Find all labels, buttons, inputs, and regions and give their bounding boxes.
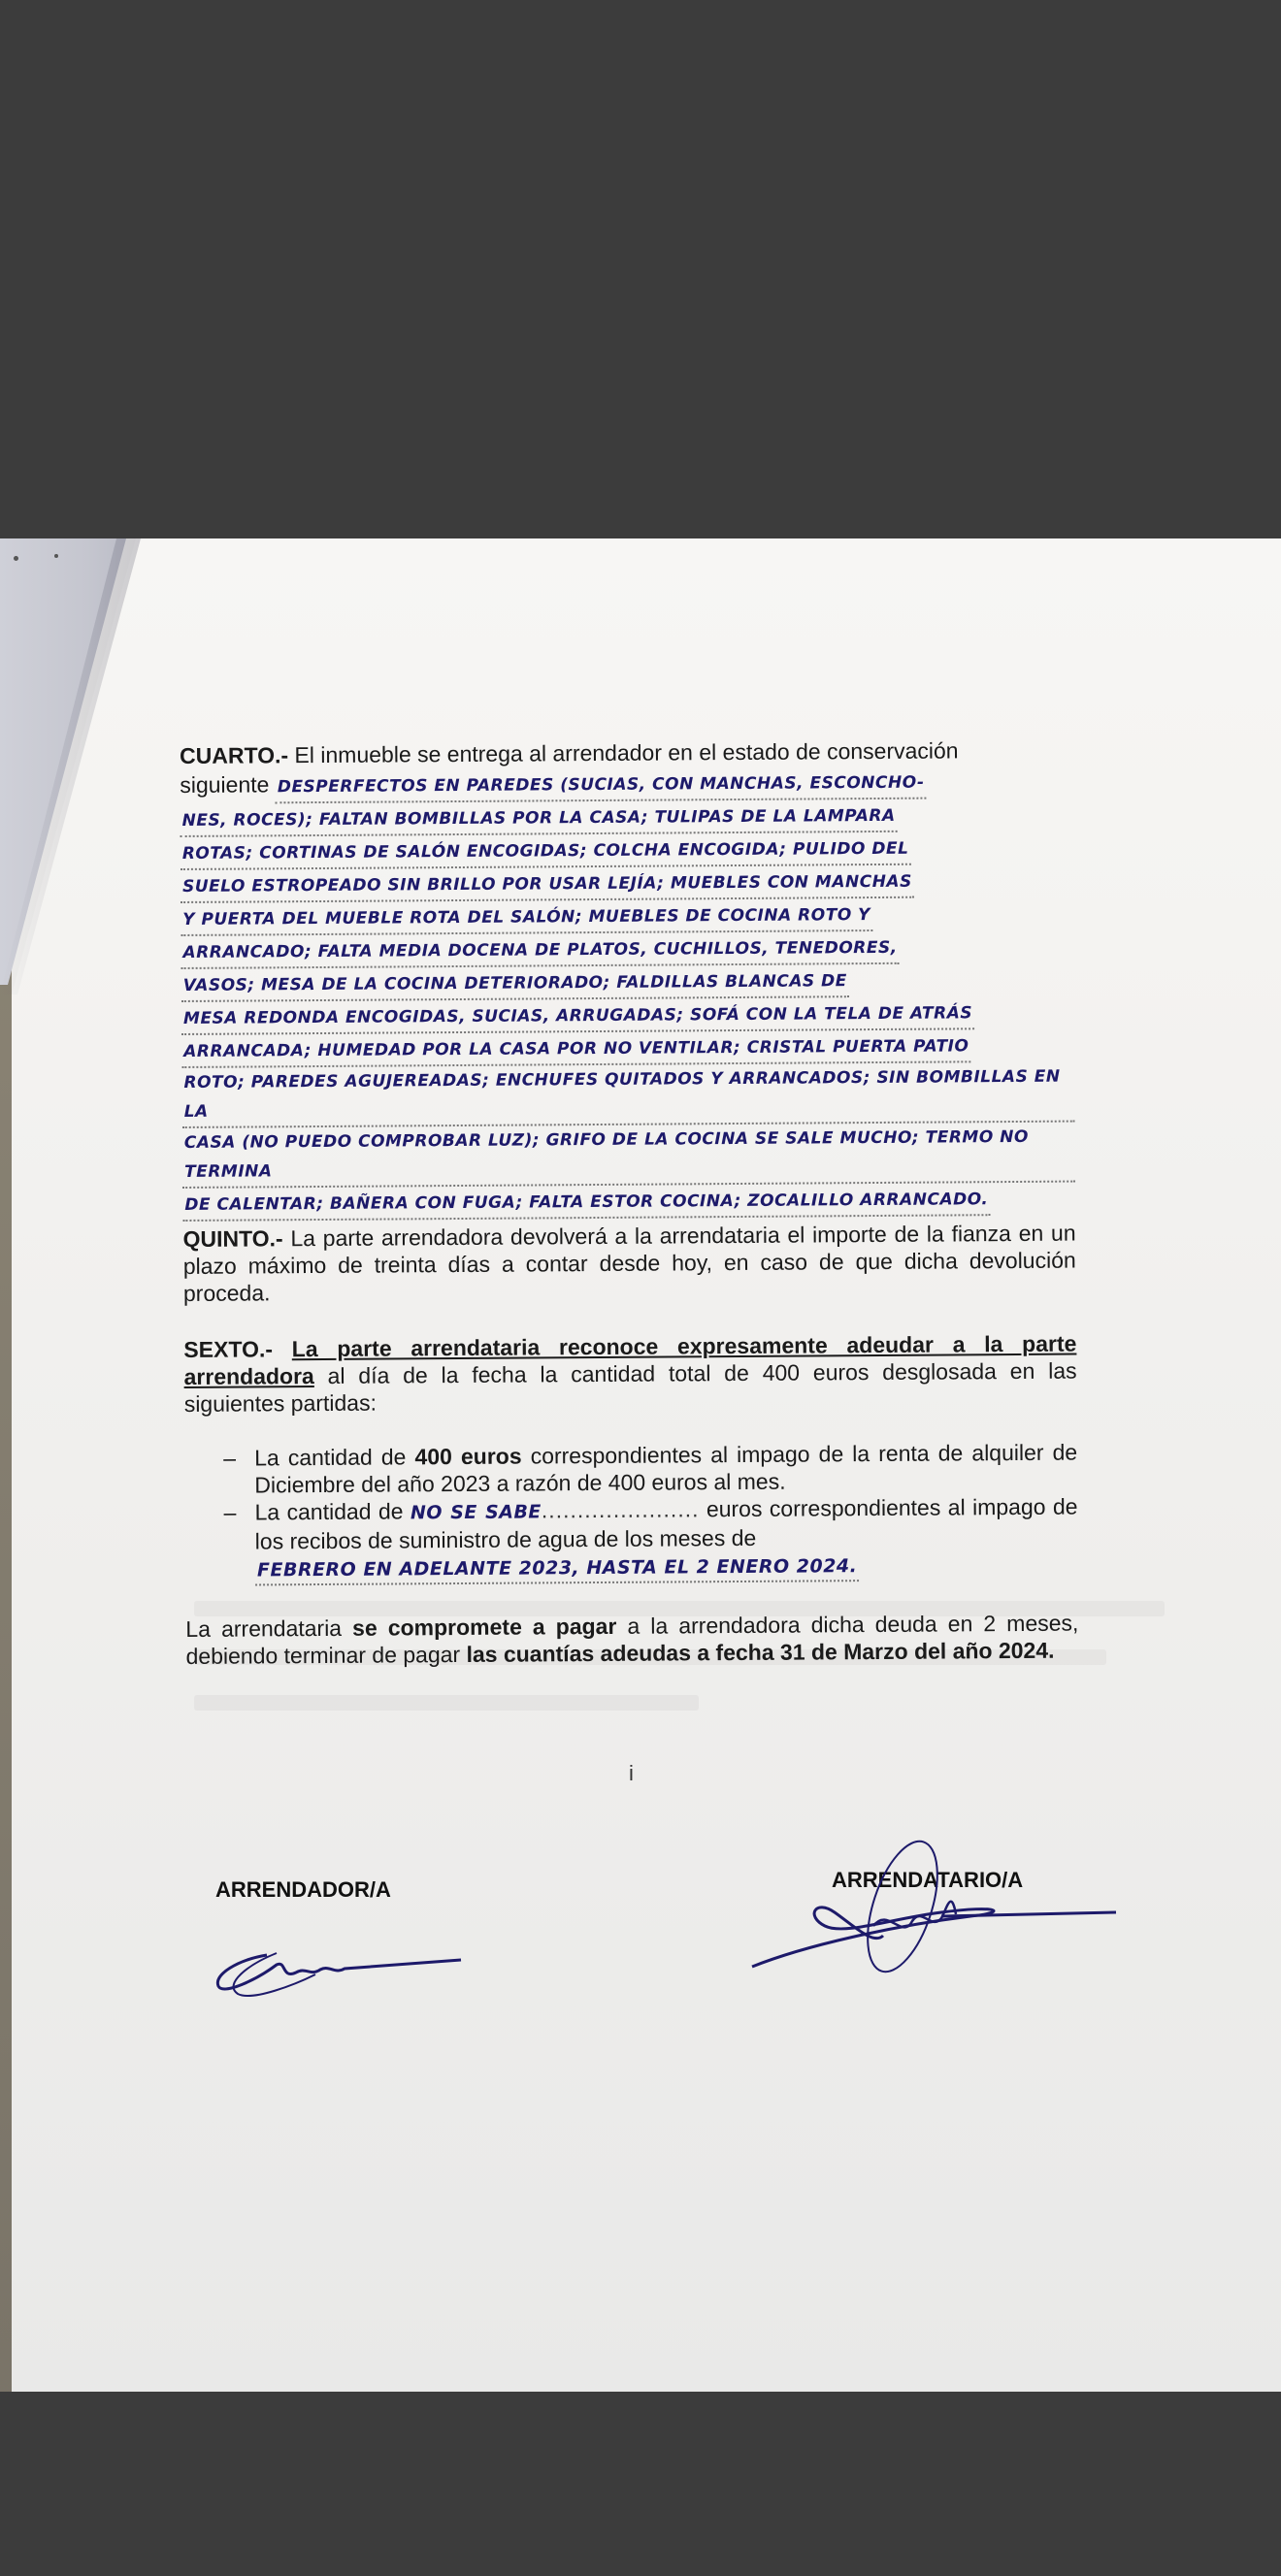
commitment-bold: se compromete a pagar: [352, 1614, 616, 1641]
handwritten-amount: NO SE SABE: [411, 1501, 542, 1523]
clause-heading: QUINTO.-: [182, 1225, 282, 1252]
commitment-text: La arrendataria: [185, 1615, 342, 1642]
document-photo: CUARTO.- El inmueble se entrega al arren…: [0, 538, 1281, 2392]
handwritten-line: NES, ROCES); FALTAN BOMBILLAS POR LA CAS…: [180, 801, 897, 837]
handwritten-line: SUELO ESTROPEADO SIN BRILLO POR USAR LEJ…: [181, 867, 914, 903]
handwritten-line: DE CALENTAR; BAÑERA CON FUGA; FALTA ESTO…: [182, 1185, 990, 1222]
item-prefix: La cantidad de: [254, 1498, 403, 1524]
handwritten-line: Y PUERTA DEL MUEBLE ROTA DEL SALÓN; MUEB…: [181, 900, 872, 936]
clause-heading: CUARTO.-: [180, 742, 288, 768]
document-body: CUARTO.- El inmueble se entrega al arren…: [180, 736, 1079, 1670]
clause-quinto: QUINTO.- La parte arrendadora devolverá …: [182, 1220, 1076, 1307]
handwritten-line: DESPERFECTOS EN PAREDES (SUCIAS, CON MAN…: [276, 768, 927, 804]
handwritten-months: FEBRERO EN ADELANTE 2023, HASTA EL 2 ENE…: [255, 1552, 860, 1585]
handwritten-line: ROTO; PAREDES AGUJEREADAS; ENCHUFES QUIT…: [181, 1062, 1074, 1128]
clause-sexto: SEXTO.- La parte arrendataria reconoce e…: [183, 1330, 1077, 1418]
handwritten-line: VASOS; MESA DE LA COCINA DETERIORADO; FA…: [181, 966, 849, 1002]
clause-cuarto: CUARTO.- El inmueble se entrega al arren…: [180, 736, 1075, 1222]
clause-text: La parte arrendadora devolverá a la arre…: [183, 1221, 1076, 1306]
landlord-label: ARRENDADOR/A: [215, 1877, 391, 1903]
clause-text: El inmueble se entrega al arrendador en …: [294, 737, 958, 767]
handwritten-condition-list: siguiente DESPERFECTOS EN PAREDES (SUCIA…: [180, 766, 1075, 1222]
handwritten-line: ROTAS; CORTINAS DE SALÓN ENCOGIDAS; COLC…: [181, 834, 911, 870]
clause-text: al día de la fecha la cantidad total de …: [184, 1358, 1077, 1417]
landlord-signature-icon: [209, 1926, 471, 2004]
stray-mark: i: [629, 1761, 634, 1786]
tenant-signature-icon: [747, 1829, 1126, 1974]
handwritten-line: CASA (NO PUEDO COMPROBAR LUZ); GRIFO DE …: [182, 1123, 1075, 1189]
bleed-through-text: [194, 1695, 699, 1711]
item-amount: 400 euros: [414, 1444, 521, 1470]
debt-items-list: La cantidad de 400 euros correspondiente…: [223, 1439, 1078, 1586]
payment-commitment: La arrendataria se compromete a pagar a …: [185, 1610, 1078, 1670]
handwritten-line: ARRANCADO; FALTA MEDIA DOCENA DE PLATOS,…: [181, 933, 899, 969]
fill-in-dots: ......................: [542, 1496, 700, 1522]
debt-item: La cantidad de 400 euros correspondiente…: [223, 1439, 1077, 1499]
commitment-deadline: las cuantías adeudas a fecha 31 de Marzo…: [466, 1638, 1054, 1667]
debt-item: La cantidad de NO SE SABE...............…: [223, 1493, 1078, 1586]
handwritten-line: MESA REDONDA ENCOGIDAS, SUCIAS, ARRUGADA…: [181, 998, 974, 1035]
clause-text-lead: siguiente: [180, 771, 269, 798]
clause-heading: SEXTO.-: [183, 1336, 273, 1362]
item-prefix: La cantidad de: [254, 1444, 406, 1470]
